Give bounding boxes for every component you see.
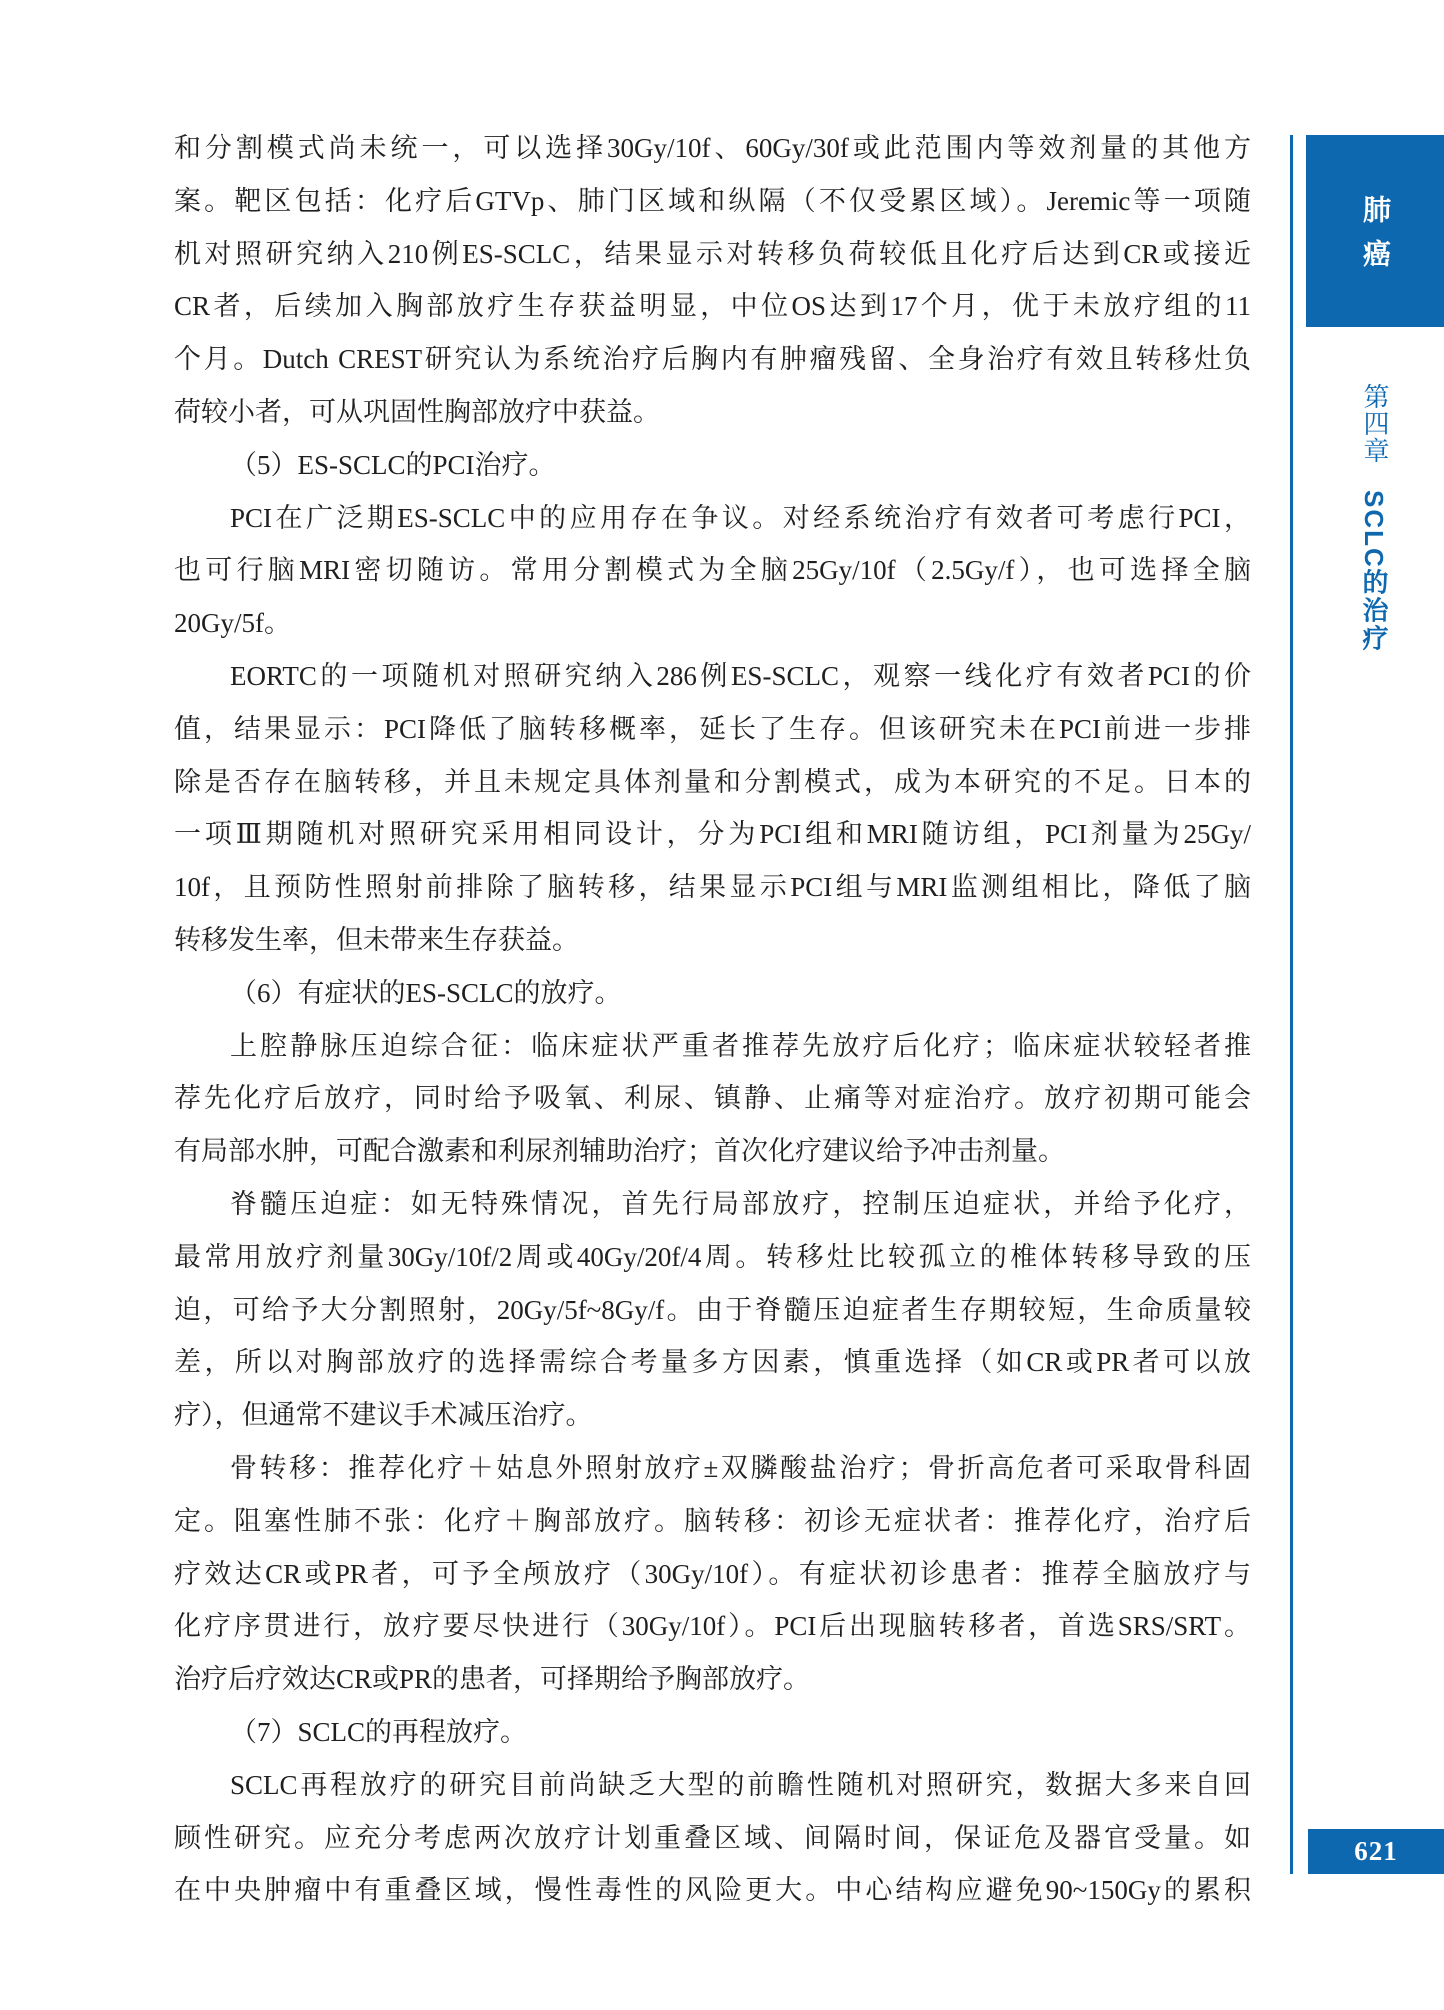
text-line: 差，所以对胸部放疗的选择需综合考量多方因素，慎重选择（如CR或PR者可以放	[174, 1336, 1251, 1389]
text-line: （5）ES-SCLC的PCI治疗。	[174, 439, 1251, 492]
text-line: 荐先化疗后放疗，同时给予吸氧、利尿、镇静、止痛等对症治疗。放疗初期可能会	[174, 1072, 1251, 1125]
page-number: 621	[1354, 1836, 1398, 1867]
text-line: 案。靶区包括：化疗后GTVp、肺门区域和纵隔（不仅受累区域）。Jeremic等一…	[174, 175, 1251, 228]
text-line: 治疗后疗效达CR或PR的患者，可择期给予胸部放疗。	[174, 1653, 1251, 1706]
text-line: 脊髓压迫症：如无特殊情况，首先行局部放疗，控制压迫症状，并给予化疗，	[174, 1178, 1251, 1231]
text-line: 和分割模式尚未统一，可以选择30Gy/10f、60Gy/30f或此范围内等效剂量…	[174, 122, 1251, 175]
chapter-tab-label: 肺癌	[1361, 195, 1389, 283]
text-line: 定。阻塞性肺不张：化疗＋胸部放疗。脑转移：初诊无症状者：推荐化疗，治疗后	[174, 1495, 1251, 1548]
text-line: 最常用放疗剂量30Gy/10f/2周或40Gy/20f/4周。转移灶比较孤立的椎…	[174, 1231, 1251, 1284]
text-line: （6）有症状的ES-SCLC的放疗。	[174, 967, 1251, 1020]
chapter-title: SCLC的治疗	[1359, 490, 1389, 653]
text-line: 骨转移：推荐化疗＋姑息外照射放疗±双膦酸盐治疗；骨折高危者可采取骨科固	[174, 1442, 1251, 1495]
text-line: 顾性研究。应充分考虑两次放疗计划重叠区域、间隔时间，保证危及器官受量。如	[174, 1812, 1251, 1865]
text-line: 除是否存在脑转移，并且未规定具体剂量和分割模式，成为本研究的不足。日本的	[174, 756, 1251, 809]
text-line: 荷较小者，可从巩固性胸部放疗中获益。	[174, 386, 1251, 439]
chapter-tab: 肺癌	[1306, 135, 1444, 327]
text-line: 个月。Dutch CREST研究认为系统治疗后胸内有肿瘤残留、全身治疗有效且转移…	[174, 333, 1251, 386]
text-line: 在中央肿瘤中有重叠区域，慢性毒性的风险更大。中心结构应避免90~150Gy的累积	[174, 1864, 1251, 1917]
page-number-box: 621	[1308, 1829, 1444, 1874]
text-line: 值，结果显示：PCI降低了脑转移概率，延长了生存。但该研究未在PCI前进一步排	[174, 703, 1251, 756]
chapter-heading: 第四章SCLC的治疗	[1348, 383, 1400, 683]
text-line: 也可行脑MRI密切随访。常用分割模式为全脑25Gy/10f（2.5Gy/f），也…	[174, 544, 1251, 597]
text-line: 20Gy/5f。	[174, 597, 1251, 650]
text-line: （7）SCLC的再程放疗。	[174, 1706, 1251, 1759]
text-line: 10f，且预防性照射前排除了脑转移，结果显示PCI组与MRI监测组相比，降低了脑	[174, 861, 1251, 914]
text-line: EORTC的一项随机对照研究纳入286例ES-SCLC，观察一线化疗有效者PCI…	[174, 650, 1251, 703]
text-line: 一项Ⅲ期随机对照研究采用相同设计，分为PCI组和MRI随访组，PCI剂量为25G…	[174, 808, 1251, 861]
book-page: { "page": { "number": "621", "accent_col…	[0, 0, 1444, 2010]
text-line: 上腔静脉压迫综合征：临床症状严重者推荐先放疗后化疗；临床症状较轻者推	[174, 1020, 1251, 1073]
chapter-number: 第四章	[1360, 383, 1389, 464]
text-line: CR者，后续加入胸部放疗生存获益明显，中位OS达到17个月，优于未放疗组的11	[174, 280, 1251, 333]
text-line: 化疗序贯进行，放疗要尽快进行（30Gy/10f）。PCI后出现脑转移者，首选SR…	[174, 1600, 1251, 1653]
text-line: 疗效达CR或PR者，可予全颅放疗（30Gy/10f）。有症状初诊患者：推荐全脑放…	[174, 1548, 1251, 1601]
text-line: 有局部水肿，可配合激素和利尿剂辅助治疗；首次化疗建议给予冲击剂量。	[174, 1125, 1251, 1178]
text-column: 和分割模式尚未统一，可以选择30Gy/10f、60Gy/30f或此范围内等效剂量…	[174, 122, 1251, 1917]
sidebar-rule	[1290, 135, 1293, 1874]
text-line: 转移发生率，但未带来生存获益。	[174, 914, 1251, 967]
text-line: PCI在广泛期ES-SCLC中的应用存在争议。对经系统治疗有效者可考虑行PCI，	[174, 492, 1251, 545]
text-line: 机对照研究纳入210例ES-SCLC，结果显示对转移负荷较低且化疗后达到CR或接…	[174, 228, 1251, 281]
text-line: 迫，可给予大分割照射，20Gy/5f~8Gy/f。由于脊髓压迫症者生存期较短，生…	[174, 1284, 1251, 1337]
text-line: 疗），但通常不建议手术减压治疗。	[174, 1389, 1251, 1442]
text-line: SCLC再程放疗的研究目前尚缺乏大型的前瞻性随机对照研究，数据大多来自回	[174, 1759, 1251, 1812]
